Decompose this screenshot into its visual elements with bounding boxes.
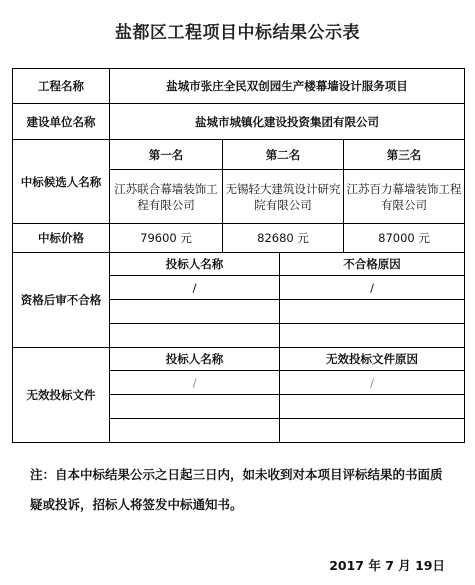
invalid-reason-cell — [280, 395, 465, 419]
disqualified-reason-cell — [280, 300, 465, 324]
invalid-header-row: 无效投标文件 投标人名称 无效投标文件原因 — [13, 348, 465, 371]
builder-row: 建设单位名称 盐城市城镇化建设投资集团有限公司 — [13, 104, 465, 140]
rank-second: 第二名 — [223, 140, 344, 170]
invalid-bidder-cell — [110, 395, 280, 419]
disqualified-bidder-cell: / — [110, 276, 280, 300]
company-third: 江苏百力幕墙装饰工程有限公司 — [344, 170, 465, 224]
disqualified-label: 资格后审不合格 — [13, 253, 110, 348]
invalid-reason-cell: / — [280, 371, 465, 395]
bid-result-table: 工程名称 盐城市张庄全民双创园生产楼幕墙设计服务项目 建设单位名称 盐城市城镇化… — [12, 68, 465, 443]
disqualified-bidder-cell — [110, 300, 280, 324]
disqualified-reason-cell — [280, 324, 465, 348]
price-first: 79600 元 — [110, 224, 223, 253]
invalid-bidder-header: 投标人名称 — [110, 348, 280, 371]
price-row: 中标价格 79600 元 82680 元 87000 元 — [13, 224, 465, 253]
project-name-label: 工程名称 — [13, 69, 110, 104]
company-first: 江苏联合幕墙装饰工程有限公司 — [110, 170, 223, 224]
project-name-row: 工程名称 盐城市张庄全民双创园生产楼幕墙设计服务项目 — [13, 69, 465, 104]
invalid-reason-cell — [280, 419, 465, 443]
disqualified-reason-cell: / — [280, 276, 465, 300]
candidate-rank-row: 中标候选人名称 第一名 第二名 第三名 — [13, 140, 465, 170]
company-second: 无锡轻大建筑设计研究院有限公司 — [223, 170, 344, 224]
disqualified-bidder-header: 投标人名称 — [110, 253, 280, 276]
price-second: 82680 元 — [223, 224, 344, 253]
invalid-bids-label: 无效投标文件 — [13, 348, 110, 443]
notice-text: 注：自本中标结果公示之日起三日内，如未收到对本项目评标结果的书面质疑或投诉，招标… — [30, 460, 450, 520]
page-title: 盐都区工程项目中标结果公示表 — [0, 18, 475, 43]
disqualified-reason-header: 不合格原因 — [280, 253, 465, 276]
builder-value: 盐城市城镇化建设投资集团有限公司 — [110, 104, 465, 140]
invalid-bidder-cell: / — [110, 371, 280, 395]
invalid-reason-header: 无效投标文件原因 — [280, 348, 465, 371]
candidates-label: 中标候选人名称 — [13, 140, 110, 224]
price-third: 87000 元 — [344, 224, 465, 253]
disqualified-header-row: 资格后审不合格 投标人名称 不合格原因 — [13, 253, 465, 276]
rank-first: 第一名 — [110, 140, 223, 170]
publish-date: 2017 年 7 月 19日 — [329, 556, 445, 574]
invalid-bidder-cell — [110, 419, 280, 443]
price-label: 中标价格 — [13, 224, 110, 253]
builder-label: 建设单位名称 — [13, 104, 110, 140]
rank-third: 第三名 — [344, 140, 465, 170]
project-name-value: 盐城市张庄全民双创园生产楼幕墙设计服务项目 — [110, 69, 465, 104]
disqualified-bidder-cell — [110, 324, 280, 348]
